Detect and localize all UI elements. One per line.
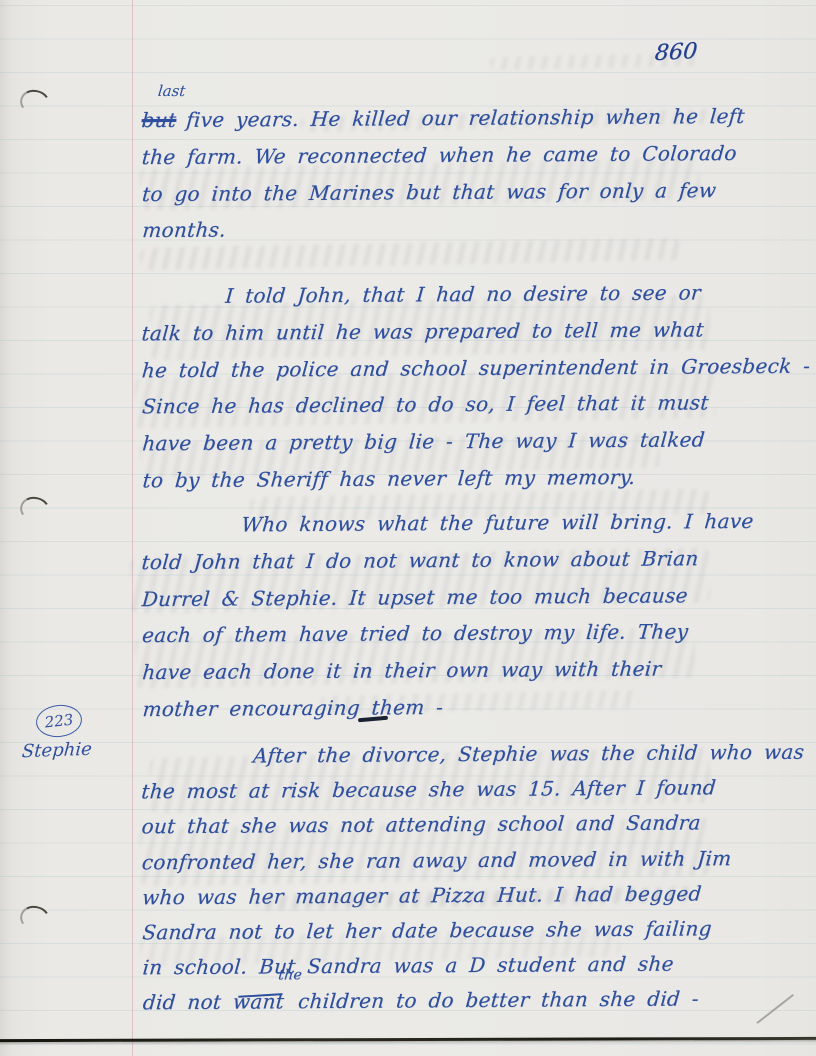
- inserted-word-last: last: [157, 82, 186, 100]
- handwritten-line: Durrel & Stephie. It upset me too much b…: [140, 576, 755, 617]
- page-number: 860: [654, 39, 698, 66]
- handwritten-line: to by the Sheriff has never left my memo…: [141, 458, 812, 499]
- handwritten-line: Since he has declined to do so, I feel t…: [141, 384, 812, 425]
- handwritten-line: to go into the Marines but that was for …: [141, 171, 747, 212]
- handwritten-line: I told John, that I had no desire to see…: [140, 274, 811, 315]
- paragraph-1: butfive years. He killed our relationshi…: [141, 98, 745, 249]
- margin-note-circle: 223: [34, 703, 83, 740]
- handwritten-line: butfive years. He killed our relationshi…: [140, 98, 746, 139]
- margin-rule-line: [132, 0, 133, 1056]
- hole-punch-middle: [17, 494, 52, 526]
- inserted-word-the: the: [277, 958, 304, 993]
- handwritten-line: out that she was not attending school an…: [140, 805, 806, 845]
- handwritten-line: talk to him until he was prepared to tel…: [140, 310, 811, 351]
- handwritten-line: mother encouraging them -: [141, 687, 756, 728]
- hole-punch-top: [17, 87, 52, 119]
- handwritten-line: have been a pretty big lie - The way I w…: [141, 421, 812, 462]
- handwritten-line: the most at risk because she was 15. Aft…: [140, 770, 806, 810]
- handwritten-line: he told the police and school superinten…: [140, 347, 811, 388]
- hole-punch-bottom: [17, 903, 52, 935]
- paragraph-4: After the divorce, Stephie was the child…: [141, 735, 806, 1021]
- handwritten-line: who was her manager at Pizza Hut. I had …: [141, 875, 807, 915]
- handwritten-line: told John that I do not want to know abo…: [140, 540, 755, 581]
- handwritten-line: months.: [141, 208, 747, 249]
- handwritten-line: in school. But Sandra was a D student an…: [141, 946, 807, 986]
- scanned-handwritten-page: 860 last butfive years. He killed our re…: [0, 0, 816, 1056]
- line-text: five years. He killed our relationship w…: [185, 104, 745, 132]
- handwritten-line: each of them have tried to destroy my li…: [141, 613, 756, 654]
- margin-note-circled-text: 223: [44, 711, 74, 732]
- handwritten-line: confronted her, she ran away and moved i…: [140, 840, 806, 880]
- line-text: children to do better than she did -: [297, 987, 700, 1014]
- handwritten-line: After the divorce, Stephie was the child…: [140, 735, 806, 775]
- handwritten-line: Who knows what the future will bring. I …: [140, 503, 755, 544]
- handwritten-line: the farm. We reconnected when he came to…: [140, 135, 746, 176]
- page-bottom-edge-shadow: [0, 1037, 816, 1042]
- paragraph-2: I told John, that I had no desire to see…: [141, 274, 811, 499]
- handwritten-line: Sandra not to let her date because she w…: [141, 911, 807, 951]
- paragraph-3: Who knows what the future will bring. I …: [141, 503, 755, 728]
- struck-word: but: [141, 108, 178, 132]
- handwritten-line: have each done it in their own way with …: [141, 650, 756, 691]
- margin-note-name: Stephie: [21, 739, 92, 762]
- handwritten-line-with-insert: did not wantthechildren to do better tha…: [141, 981, 807, 1021]
